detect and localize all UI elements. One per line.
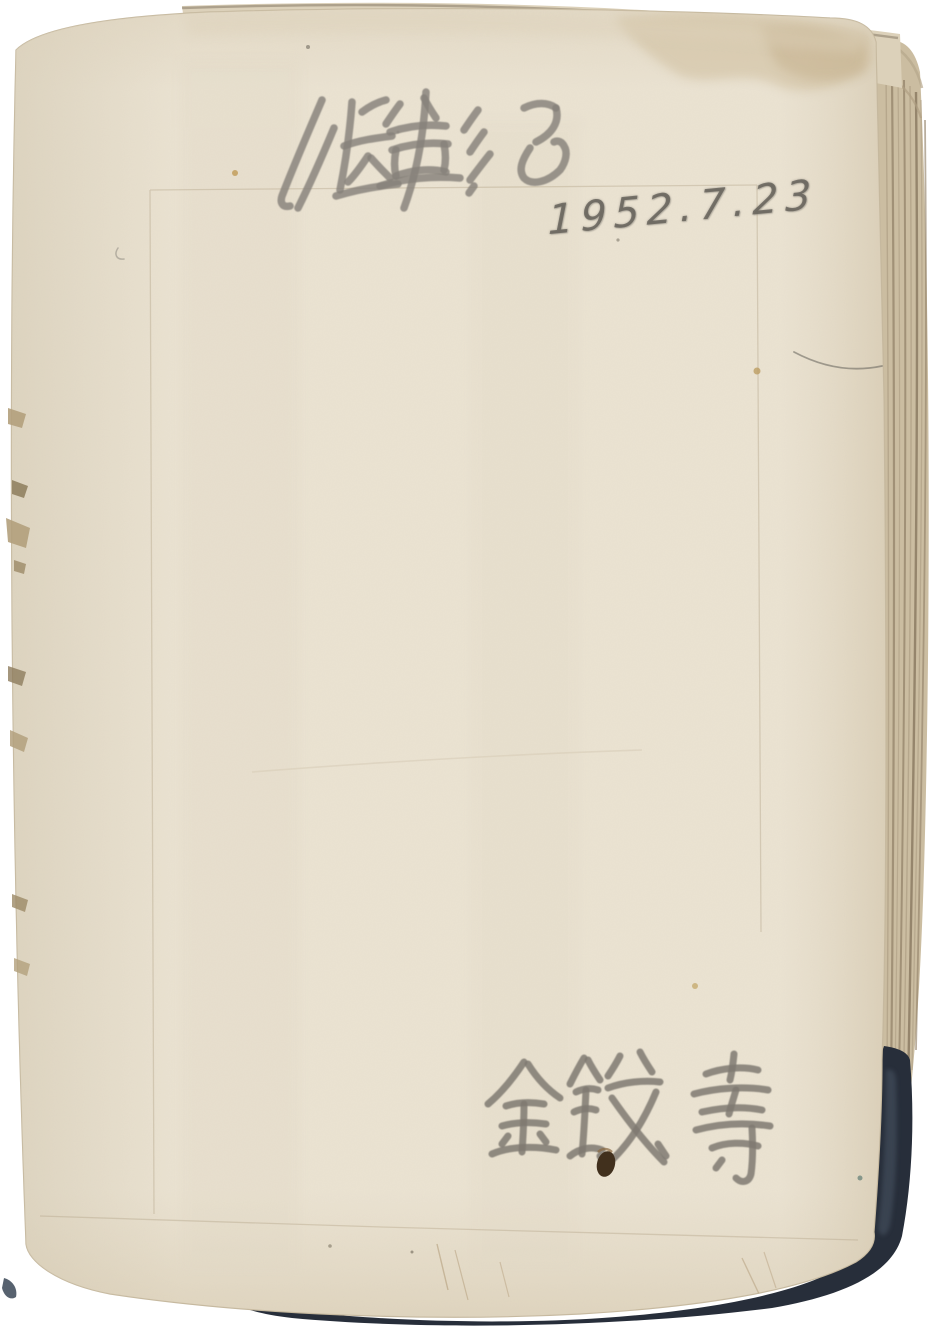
cover-left-tip xyxy=(2,1278,16,1298)
notebook-photo: 1952.7.23 xyxy=(0,0,930,1328)
